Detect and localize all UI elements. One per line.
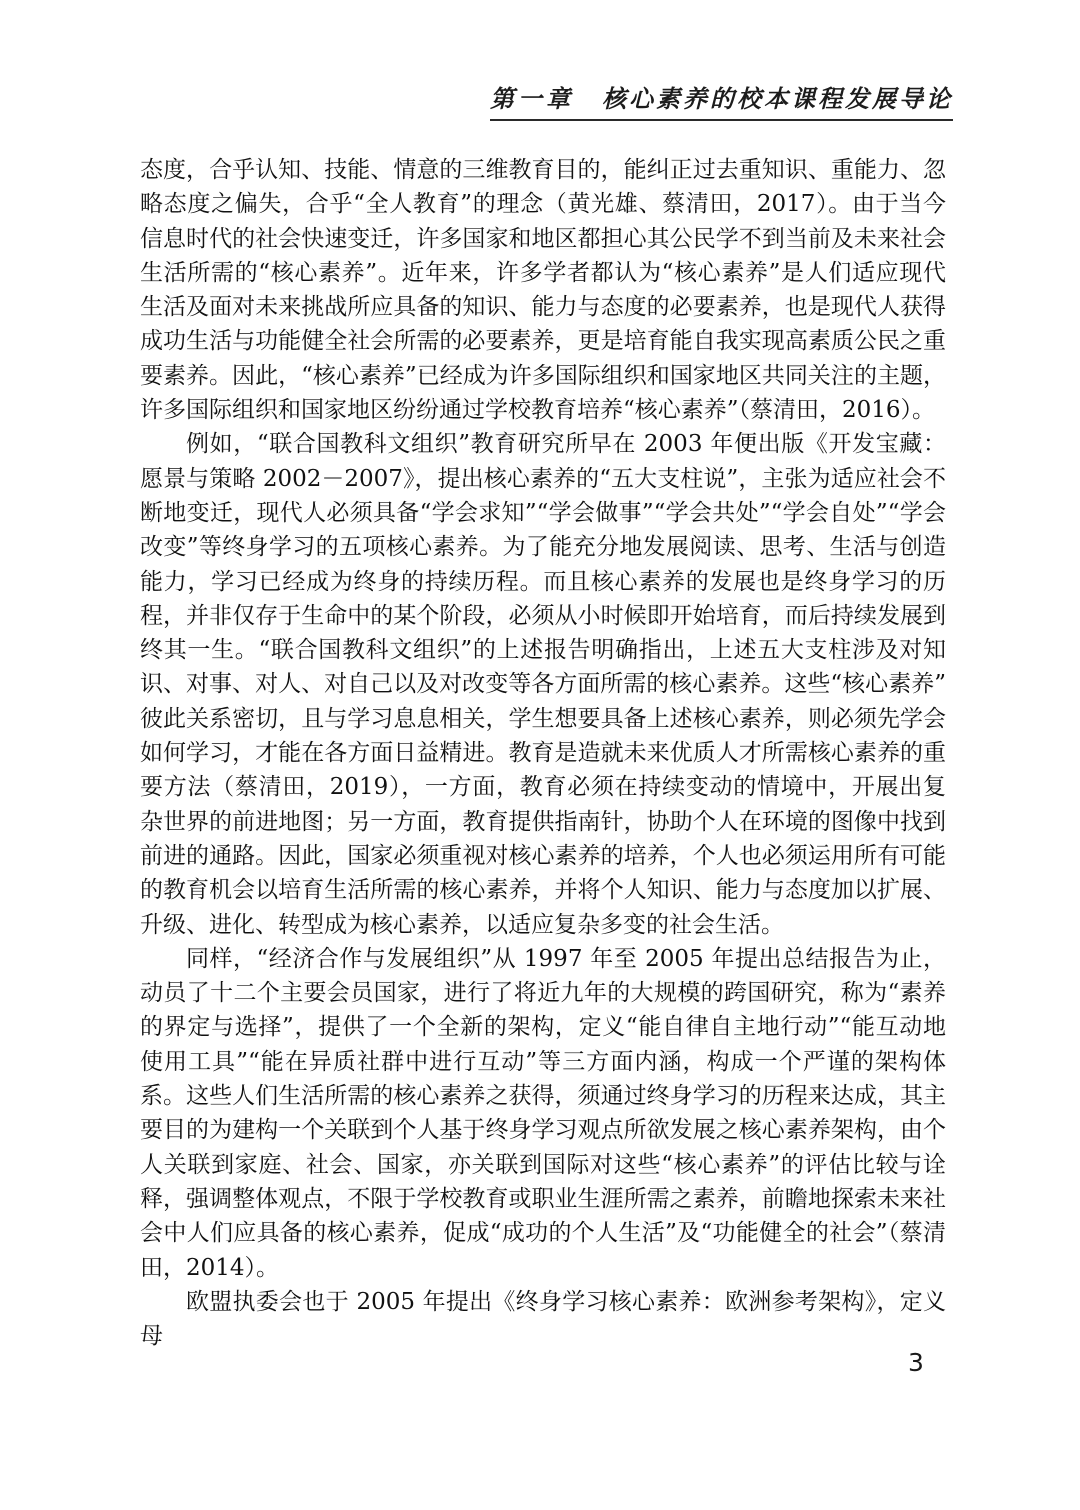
book-page: 第一章核心素养的校本课程发展导论 态度，合乎认知、技能、情意的三维教育目的，能纠… [0,0,1080,1510]
paragraph: 例如，“联合国教科文组织”教育研究所早在 2003 年便出版《开发宝藏：愿景与策… [140,427,946,941]
paragraph: 同样，“经济合作与发展组织”从 1997 年至 2005 年提出总结报告为止，动… [140,942,946,1285]
running-header: 第一章核心素养的校本课程发展导论 [490,86,953,121]
chapter-title: 核心素养的校本课程发展导论 [602,84,953,113]
paragraph: 欧盟执委会也于 2005 年提出《终身学习核心素养：欧洲参考架构》，定义母 [140,1285,946,1354]
chapter-label: 第一章 [490,84,574,113]
page-number: 3 [908,1348,924,1377]
body-text: 态度，合乎认知、技能、情意的三维教育目的，能纠正过去重知识、重能力、忽略态度之偏… [140,153,946,1353]
paragraph: 态度，合乎认知、技能、情意的三维教育目的，能纠正过去重知识、重能力、忽略态度之偏… [140,153,946,427]
